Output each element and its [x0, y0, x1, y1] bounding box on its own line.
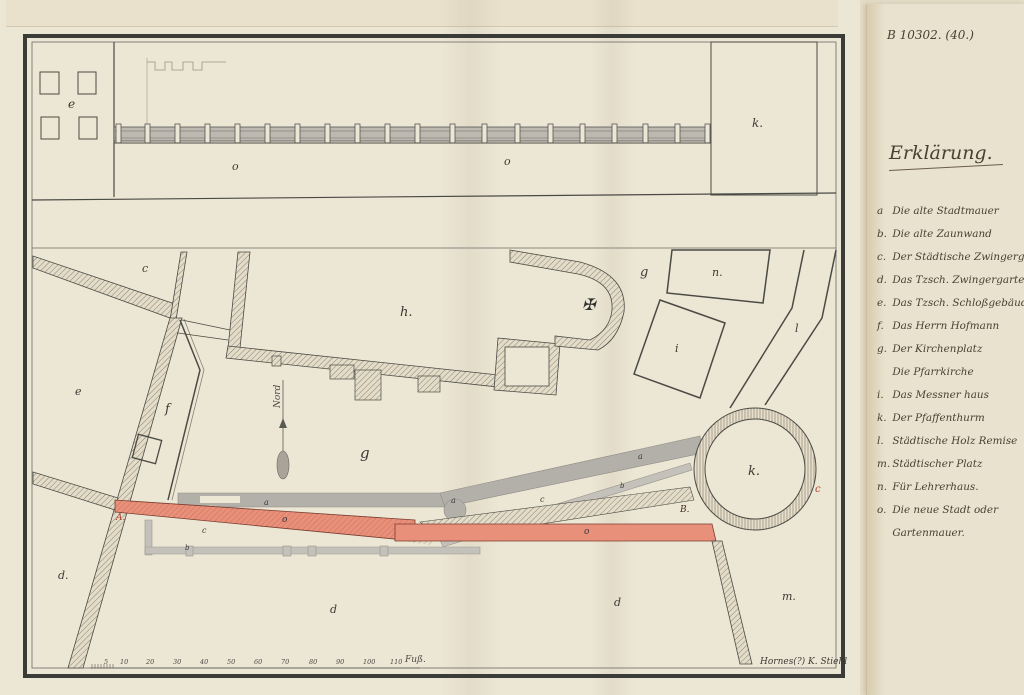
svg-text:90: 90 — [336, 658, 344, 666]
round-tower: k. — [694, 408, 816, 530]
svg-text:70: 70 — [281, 658, 289, 666]
svg-text:b: b — [620, 482, 625, 490]
legend-item: i. Das Messner haus — [877, 384, 1024, 407]
svg-text:o: o — [584, 527, 590, 537]
legend-item: k. Der Pfaffenthurm — [877, 407, 1024, 430]
svg-text:k.: k. — [752, 116, 763, 130]
legend-item: f. Das Herrn Hofmann — [877, 315, 1024, 338]
svg-text:f: f — [164, 402, 172, 417]
svg-text:60: 60 — [254, 658, 262, 666]
svg-text:m.: m. — [782, 590, 796, 603]
legend-item: d. Das Tzsch. Zwingergarten — [877, 269, 1024, 292]
fence-elevation — [114, 127, 711, 141]
legend-item: o. Die neue Stadt oder — [877, 499, 1024, 522]
ground-plan: Nord ✠ h. n. i l g — [33, 250, 836, 668]
legend-item: e. Das Tzsch. Schloßgebäude — [877, 292, 1024, 315]
legend-item: a Die alte Stadtmauer — [877, 200, 1024, 223]
svg-text:10: 10 — [120, 658, 128, 666]
plan-sheet: e o o k. — [0, 0, 860, 695]
svg-text:o: o — [282, 515, 288, 525]
legend-item: l. Städtische Holz Remise — [877, 430, 1024, 453]
svg-text:d.: d. — [58, 569, 69, 582]
signature: Hornes(?) K. Stiehl — [759, 656, 847, 667]
legend-list: a Die alte Stadtmauer b. Die alte Zaunwa… — [877, 200, 1024, 545]
svg-text:g: g — [360, 444, 370, 462]
svg-text:o: o — [504, 155, 511, 168]
scale-bar: 5 10 20 30 40 50 60 70 80 90 100 110 Fuß… — [90, 655, 426, 668]
legend-sheet: B 10302. (40.) Erklärung. a Die alte Sta… — [866, 4, 1024, 695]
svg-text:n.: n. — [712, 266, 723, 279]
svg-text:B.: B. — [679, 505, 690, 515]
legend-item: Gartenmauer. — [877, 522, 1024, 545]
legend-item: n. Für Lehrerhaus. — [877, 476, 1024, 499]
north-arrow: Nord — [273, 380, 289, 479]
svg-text:c: c — [202, 526, 207, 535]
svg-text:110: 110 — [390, 658, 402, 666]
svg-text:i: i — [675, 342, 679, 355]
site-plan-drawing: e o o k. — [0, 0, 860, 695]
svg-text:40: 40 — [199, 658, 208, 666]
svg-text:d: d — [330, 603, 337, 616]
svg-text:g: g — [640, 265, 648, 280]
svg-text:30: 30 — [173, 658, 181, 666]
svg-text:a: a — [264, 498, 269, 507]
church-building: Nord ✠ h. — [226, 250, 624, 400]
legend-item: c. Der Städtische Zwingergarten — [877, 246, 1024, 269]
svg-text:50: 50 — [227, 658, 235, 666]
legend-title: Erklärung. — [889, 142, 993, 164]
svg-text:20: 20 — [145, 658, 154, 666]
svg-text:d: d — [614, 596, 621, 609]
svg-text:a: a — [638, 452, 643, 461]
svg-text:100: 100 — [363, 658, 375, 666]
svg-text:c: c — [815, 484, 821, 495]
reference-number: B 10302. (40.) — [887, 28, 974, 42]
cross-icon: ✠ — [582, 295, 598, 314]
legend-item: Die Pfarrkirche — [877, 361, 1024, 384]
svg-text:80: 80 — [309, 658, 317, 666]
svg-text:l: l — [795, 322, 799, 335]
svg-text:o: o — [232, 160, 239, 173]
north-label: Nord — [273, 384, 283, 409]
svg-text:k.: k. — [748, 464, 760, 479]
svg-text:c: c — [142, 262, 148, 275]
legend-item: m. Städtischer Platz — [877, 453, 1024, 476]
elevation-view: e o o k. — [32, 42, 836, 248]
svg-text:a: a — [451, 496, 456, 505]
legend-item: g. Der Kirchenplatz — [877, 338, 1024, 361]
svg-text:Fuß.: Fuß. — [404, 655, 426, 665]
legend-item: b. Die alte Zaunwand — [877, 223, 1024, 246]
svg-text:A.: A. — [115, 513, 125, 523]
svg-text:b: b — [185, 544, 190, 552]
svg-text:e: e — [75, 385, 82, 398]
svg-text:5: 5 — [104, 658, 108, 666]
svg-text:h.: h. — [400, 305, 413, 320]
svg-text:e: e — [68, 97, 75, 111]
svg-text:c: c — [540, 495, 545, 504]
